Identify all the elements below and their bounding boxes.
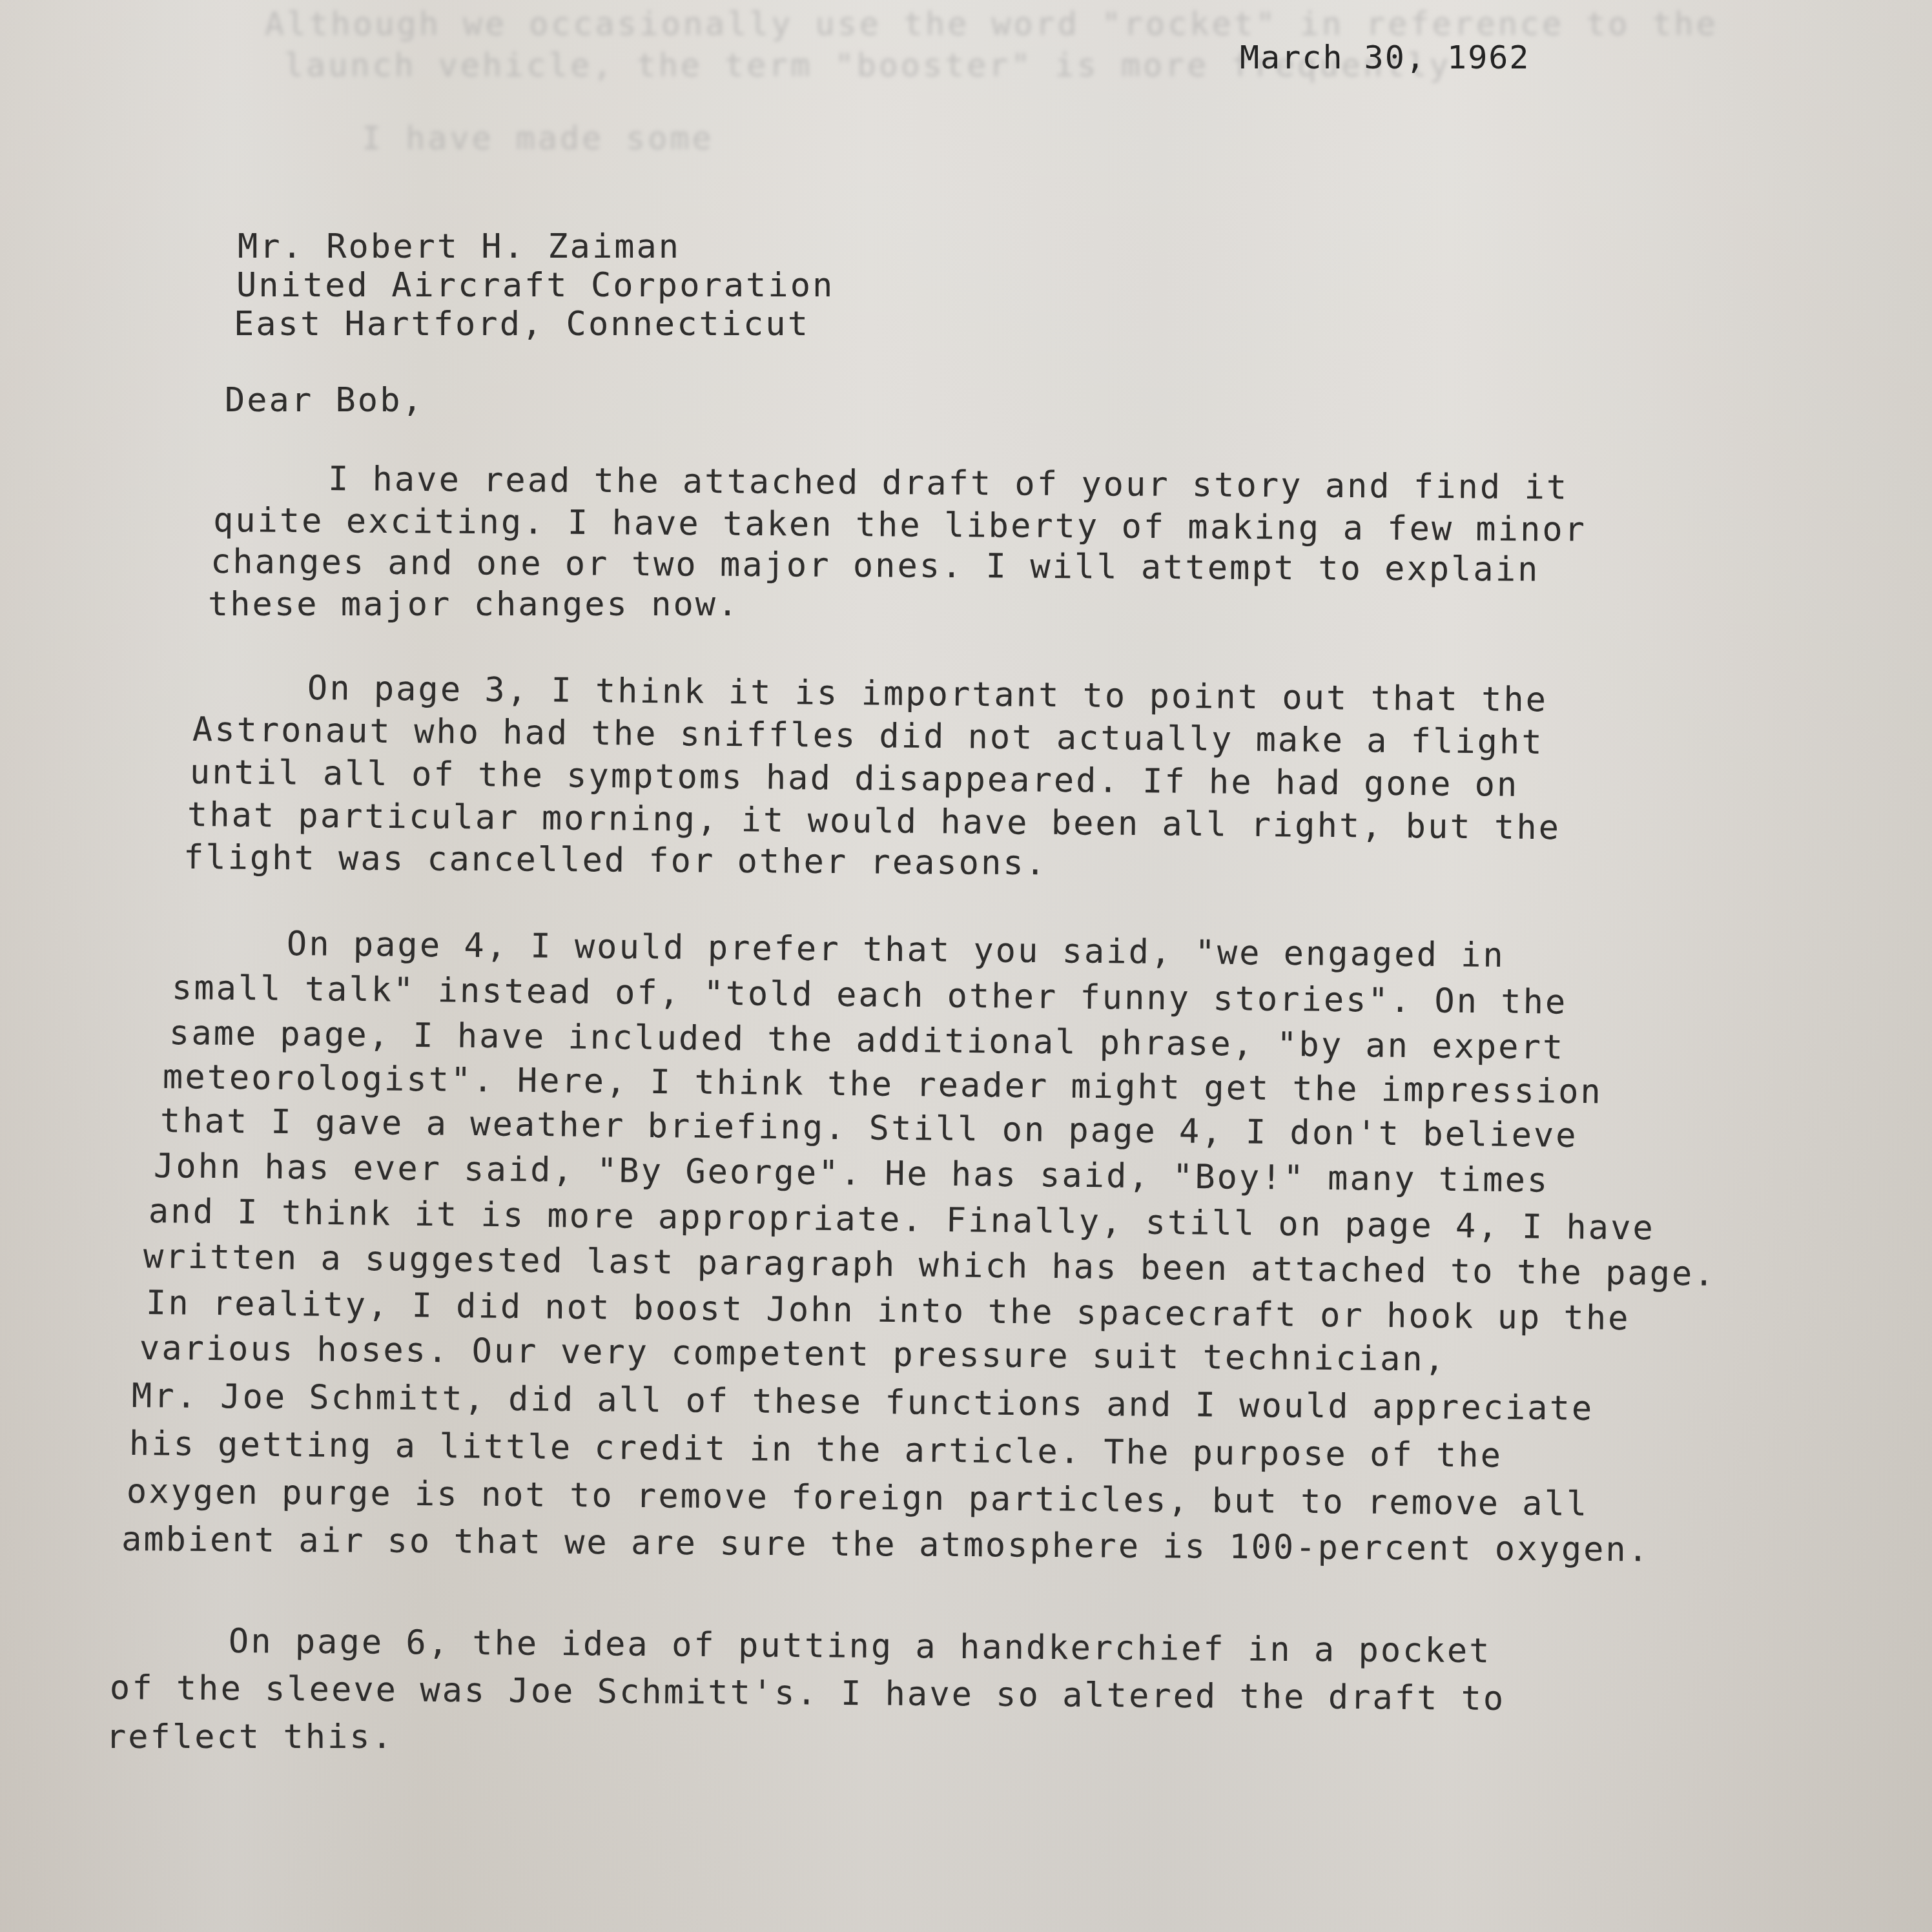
paragraph-line: various hoses. Our very competent pressu… bbox=[139, 1329, 1447, 1379]
paragraph-line: flight was cancelled for other reasons. bbox=[183, 838, 1047, 883]
paragraph-line: reflect this. bbox=[106, 1718, 394, 1756]
paragraph-line: his getting a little credit in the artic… bbox=[129, 1424, 1503, 1475]
bleed-through-line: Although we occasionally use the word "r… bbox=[265, 5, 1718, 43]
paragraph-line: until all of the symptoms had disappeare… bbox=[190, 753, 1519, 805]
paragraph-line: John has ever said, "By George". He has … bbox=[154, 1147, 1550, 1200]
paragraph-line: these major changes now. bbox=[208, 585, 739, 624]
paragraph-line: On page 4, I would prefer that you said,… bbox=[287, 925, 1505, 975]
paragraph-line: On page 6, the idea of putting a handker… bbox=[229, 1622, 1492, 1670]
recipient-name: Mr. Robert H. Zaiman bbox=[238, 227, 681, 266]
letter-date: March 30, 1962 bbox=[1240, 39, 1530, 76]
paragraph-line: same page, I have included the additiona… bbox=[169, 1014, 1565, 1067]
paragraph-line: small talk" instead of, "told each other… bbox=[172, 969, 1568, 1022]
paragraph-line: oxygen purge is not to remove foreign pa… bbox=[127, 1472, 1589, 1524]
paragraph-line: ambient air so that we are sure the atmo… bbox=[121, 1520, 1650, 1570]
paragraph-line: that I gave a weather briefing. Still on… bbox=[160, 1102, 1578, 1155]
paragraph-line: of the sleeve was Joe Schmitt's. I have … bbox=[110, 1669, 1506, 1718]
recipient-location: East Hartford, Connecticut bbox=[234, 305, 810, 344]
paragraph-line: Mr. Joe Schmitt, did all of these functi… bbox=[132, 1377, 1594, 1428]
paragraph-line: I have read the attached draft of your s… bbox=[328, 460, 1569, 507]
salutation: Dear Bob, bbox=[225, 381, 424, 420]
recipient-company: United Aircraft Corporation bbox=[236, 266, 834, 305]
paragraph-line: quite exciting. I have taken the liberty… bbox=[213, 501, 1587, 550]
bleed-through-line: I have made some bbox=[362, 119, 714, 157]
paragraph-line: changes and one or two major ones. I wil… bbox=[211, 542, 1540, 590]
paragraph-line: In reality, I did not boost John into th… bbox=[146, 1284, 1630, 1338]
paragraph-line: On page 3, I think it is important to po… bbox=[307, 669, 1548, 719]
